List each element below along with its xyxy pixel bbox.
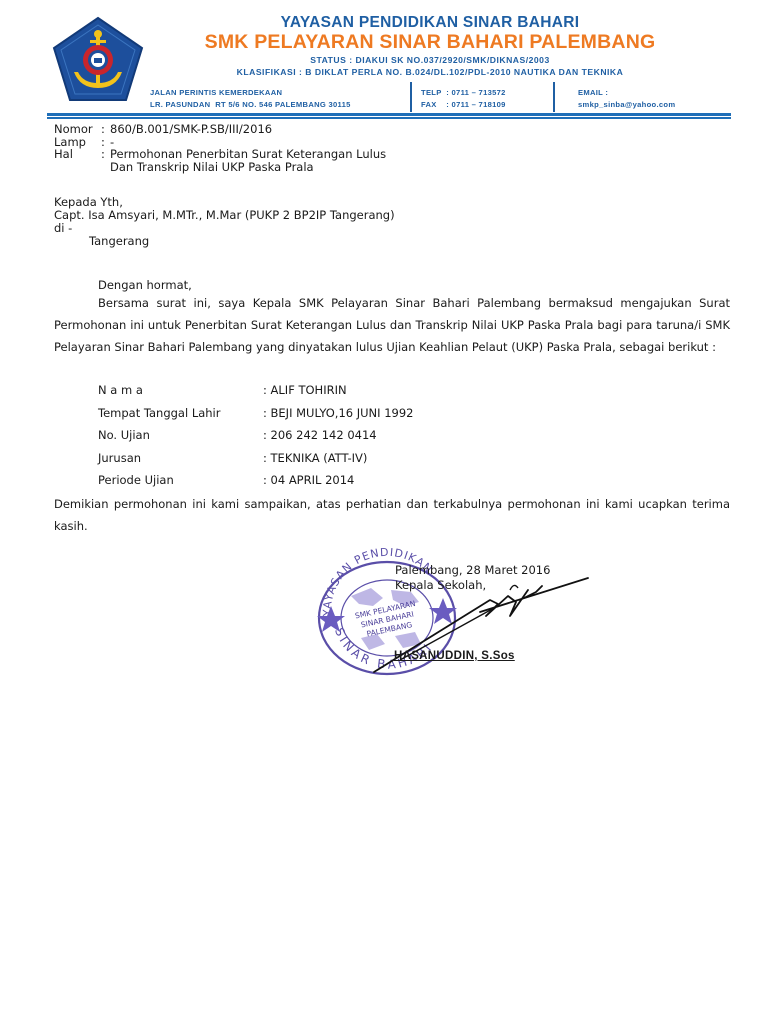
detail-label: Periode Ujian [98, 473, 174, 487]
fax: FAX : 0711 – 718109 [421, 100, 506, 109]
contact-divider [553, 82, 555, 112]
detail-label: Tempat Tanggal Lahir [98, 406, 220, 420]
closing-paragraph: Demikian permohonan ini kami sampaikan, … [54, 494, 730, 538]
hal-value-line-2: Dan Transkrip Nilai UKP Paska Prala [110, 160, 314, 174]
email-address[interactable]: smkp_sinba@yahoo.com [578, 100, 675, 109]
phone-block: TELP : 0711 – 713572 FAX : 0711 – 718109 [421, 87, 506, 111]
detail-label: N a m a [98, 383, 143, 397]
hal-colon: : [101, 147, 105, 161]
detail-value: : BEJI MULYO,16 JUNI 1992 [263, 406, 413, 420]
school-logo-icon [52, 16, 144, 102]
greeting: Dengan hormat, [98, 278, 192, 292]
detail-value: : 206 242 142 0414 [263, 428, 377, 442]
email-block: EMAIL : smkp_sinba@yahoo.com [578, 87, 675, 111]
phone: TELP : 0711 – 713572 [421, 88, 506, 97]
detail-value: : 04 APRIL 2014 [263, 473, 354, 487]
email-label: EMAIL : [578, 88, 608, 97]
handwritten-signature-icon [360, 560, 590, 680]
hal-value-line-1: Permohonan Penerbitan Surat Keterangan L… [110, 147, 386, 161]
foundation-name: YAYASAN PENDIDIKAN SINAR BAHARI [150, 14, 710, 32]
detail-label: Jurusan [98, 451, 141, 465]
header-rule [47, 113, 731, 116]
address-line-2: LR. PASUNDAN RT 5/6 NO. 546 PALEMBANG 30… [150, 100, 351, 109]
hal-label: Hal [54, 147, 73, 161]
recipient-di: di - [54, 221, 72, 235]
nomor-colon: : [101, 122, 105, 136]
nomor-value: 860/B.001/SMK-P.SB/III/2016 [110, 122, 272, 136]
school-classification: KLASIFIKASI : B DIKLAT PERLA NO. B.024/D… [150, 67, 710, 77]
header-rule-thin [47, 117, 731, 119]
signatory-name: HASANUDDIN, S.Sos [394, 650, 515, 662]
detail-value: : ALIF TOHIRIN [263, 383, 347, 397]
address-line-1: JALAN PERINTIS KEMERDEKAAN [150, 88, 282, 97]
recipient-city: Tangerang [89, 234, 149, 248]
school-name: SMK PELAYARAN SINAR BAHARI PALEMBANG [150, 31, 710, 54]
school-status: STATUS : DIAKUI SK NO.037/2920/SMK/DIKNA… [150, 55, 710, 65]
nomor-label: Nomor [54, 122, 93, 136]
intro-paragraph: Bersama surat ini, saya Kepala SMK Pelay… [54, 293, 730, 358]
detail-value: : TEKNIKA (ATT-IV) [263, 451, 367, 465]
recipient-name: Capt. Isa Amsyari, M.MTr., M.Mar (PUKP 2… [54, 208, 395, 222]
intro-text: Bersama surat ini, saya Kepala SMK Pelay… [54, 296, 730, 354]
contact-divider [410, 82, 412, 112]
address-block: JALAN PERINTIS KEMERDEKAAN LR. PASUNDAN … [150, 87, 351, 111]
detail-label: No. Ujian [98, 428, 150, 442]
recipient-salutation: Kepada Yth, [54, 195, 123, 209]
